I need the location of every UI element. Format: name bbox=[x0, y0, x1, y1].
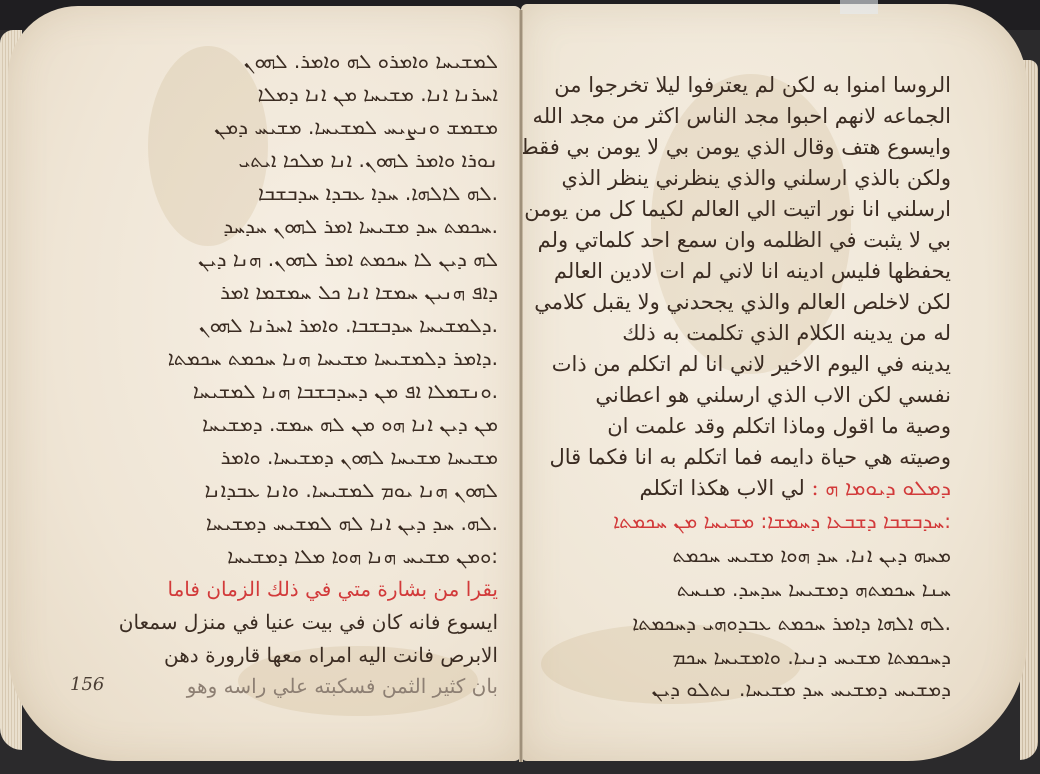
text-line: ܕܚܟܡܬܐ ܡܫܝܚ ܕܢܝܐ. ܘܐܡܫܝܚܐ ܚܟܡ bbox=[672, 642, 951, 672]
text-line: بي لا يثبت في الظلمه وان سمع احد كلماتي … bbox=[538, 225, 951, 255]
text-line: له من يدينه الكلام الذي تكلمت به ذلك bbox=[622, 318, 951, 348]
folio-number: 156 bbox=[70, 674, 104, 695]
text-line: ܠܗ. ܚܕ ܕܝܢ ܐܢܐ ܠܗ ܠܡܫܝܚ ܕܡܫܝܚܐ. bbox=[206, 508, 498, 538]
text-line: ܠܗܘܢ ܗܢܐ ܝܘܡ ܠܡܫܝܚܐ. ܘܐܢܐ ܥܒܕܐܢܐ bbox=[205, 475, 498, 505]
text-line: وصية ما اقول وماذا اتكلم وقد علمت ان bbox=[607, 411, 951, 441]
text-line: ܡܫܝܚܐ ܡܫܝܚܐ ܠܗܘܢ ܕܡܫܝܚܐ. ܘܐܡܪ bbox=[221, 442, 498, 472]
text-line: ܕܐܦ ܗܢܝܢ ܚܡܫܐ ܐܢܐ ܟܠ ܚܡܫܡܐ ܐܡܪ bbox=[220, 277, 498, 307]
text-line: ܠܗ ܠܐܠܗܐ. ܚܕܐ ܥܒܕܐ ܚܕܒܫܒܐ. bbox=[258, 178, 498, 208]
right-page-text: الروسا امنوا به لكن لم يعترفوا ليلا تخرج… bbox=[551, 70, 951, 670]
rubric-line: ܚܕܒܫܒܐ ܕܫܒܥܐ ܕܚܡܫܐ: ܡܫܝܚܐ ܡܢ ܚܟܡܬܐ: bbox=[613, 506, 951, 536]
left-page: ܠܡܫܝܚܐ ܘܐܡܪܘ ܠܗ ܘܐܡܪ. ܠܗܘܢ ܐܚܪܢܐ ܐܢܐ. ܡܫ… bbox=[8, 6, 522, 761]
text-line: نفسي لكن الاب الذي ارسلني هو اعطاني bbox=[595, 380, 951, 410]
text-line: ܡܢ ܕܝܢ ܐܢܐ ܗܘ ܡܢ ܠܗ ܚܡܫ. ܕܡܫܝܚܐ bbox=[202, 409, 498, 439]
text-line: وصيته هي حياة دايمه فما اتكلم به انا فكم… bbox=[549, 442, 951, 472]
text-line: الروسا امنوا به لكن لم يعترفوا ليلا تخرج… bbox=[554, 70, 951, 100]
text-line: ܕܡܫܝܚ ܕܡܫܝܚ ܚܕ ܡܫܝܚܐ. ܢܬܠܘ ܕܝܢ bbox=[652, 674, 951, 704]
manuscript-spread: ܠܡܫܝܚܐ ܘܐܡܪܘ ܠܗ ܘܐܡܪ. ܠܗܘܢ ܐܚܪܢܐ ܐܢܐ. ܡܫ… bbox=[0, 0, 1040, 774]
text-line: ܘܢܫܡܠܐ ܐܦ ܡܢ ܕܚܕܒܫܒܐ ܗܢܐ ܠܡܫܝܚܐ. bbox=[193, 376, 498, 406]
text-line: ܡܫܡܫ ܘܢܨܝܚ ܠܡܫܝܚܐ. ܡܫܝܚ ܕܡܢ bbox=[214, 112, 498, 142]
text-line: ارسلني انا نور اتيت الي العالم لكيما كل … bbox=[524, 194, 951, 224]
mixed-line: ܕܡܠܘ ܕܝܘܡܐ ܗ : لي الاب هكذا اتكلم bbox=[640, 473, 952, 503]
text-line: ܚܟܡܬ ܚܕ ܡܫܝܚܐ ܐܡܪ ܠܗܘܢ ܚܕܚܕ. bbox=[223, 211, 498, 241]
arabic-text: لي الاب هكذا اتكلم bbox=[640, 476, 805, 500]
text-line: لكن لاخلص العالم والذي يجحدني ولا يقبل ك… bbox=[534, 287, 951, 317]
tape-strip bbox=[840, 0, 878, 14]
text-line: ولكن بالذي ارسلني والذي ينظرني ينظر الذي bbox=[561, 163, 951, 193]
text-line: ܢܘܪܐ ܘܐܡܪ ܠܗܘܢ. ܐܢܐ ܡܠܟܐ ܐܝܬܝ bbox=[239, 145, 498, 175]
text-line: يحفظها فليس ادينه انا لاني لم ات لادين ا… bbox=[554, 256, 951, 286]
text-line: ܠܡܫܝܚܐ ܘܐܡܪܘ ܠܗ ܘܐܡܪ. ܠܗܘܢ bbox=[244, 46, 498, 76]
left-page-text: ܠܡܫܝܚܐ ܘܐܡܪܘ ܠܗ ܘܐܡܪ. ܠܗܘܢ ܐܚܪܢܐ ܐܢܐ. ܡܫ… bbox=[98, 46, 498, 686]
text-line: ܠܗ ܐܠܗܐ ܕܐܡܪ ܚܟܡܬ ܥܒܕܘܗܝ ܕܚܟܡܬܐ. bbox=[632, 608, 951, 638]
text-line: ايسوع فانه كان في بيت عنيا في منزل سمعان bbox=[119, 607, 498, 637]
text-line: ܐܚܪܢܐ ܐܢܐ. ܡܫܝܚܐ ܡܢ ܐܢܐ ܕܡܠܐ bbox=[258, 79, 498, 109]
text-line: ܡܚܗ ܕܝܢ ܐܢܐ. ܚܕ ܗܘܐ ܡܫܝܚ ܚܟܡܬ bbox=[672, 540, 951, 570]
text-line: ܚܢܐ ܚܟܡܬܗ ܕܡܫܝܚܐ ܚܕܚܕ. ܡܢܚܬ bbox=[677, 574, 951, 604]
text-line: الجماعه لانهم احبوا مجد الناس اكثر من مج… bbox=[532, 101, 951, 131]
faded-text-line: بان كثير الثمن فسكبته علي راسه وهو bbox=[187, 671, 498, 701]
text-line: وايسوع هتف وقال الذي يومن بي لا يومن بي … bbox=[519, 132, 951, 162]
text-line: ܕܠܡܫܝܚܐ ܚܕܒܫܒܐ. ܘܐܡܪ ܐܚܪܢܐ ܠܗܘܢ. bbox=[199, 310, 498, 340]
text-line: ܘܡܢ ܡܫܝܚ ܗܢܐ ܗܘܐ ܡܠܐ ܕܡܫܝܚܐ: bbox=[227, 541, 498, 571]
text-line: ܠܗ ܕܝܢ ܠܐ ܚܟܡܬ ܐܡܪ ܠܗܘܢ. ܗܢܐ ܕܝܢ bbox=[198, 244, 498, 274]
rubric-line: يقرا من بشارة متي في ذلك الزمان فاما bbox=[168, 574, 499, 604]
book-gutter bbox=[519, 10, 523, 762]
text-line: يدينه في اليوم الاخير لاني انا لم اتكلم … bbox=[552, 349, 951, 379]
text-line: الابرص فانت اليه امراه معها قارورة دهن bbox=[164, 640, 498, 670]
text-line: ܕܐܡܪ ܕܠܡܫܝܚܐ ܡܫܝܚܐ ܗܢܐ ܚܟܡܬ ܚܟܡܬܐ. bbox=[168, 343, 498, 373]
right-page: الروسا امنوا به لكن لم يعترفوا ليلا تخرج… bbox=[521, 4, 1027, 761]
rubric-garshuni: ܕܡܠܘ ܕܝܘܡܐ ܗ : bbox=[811, 476, 951, 500]
